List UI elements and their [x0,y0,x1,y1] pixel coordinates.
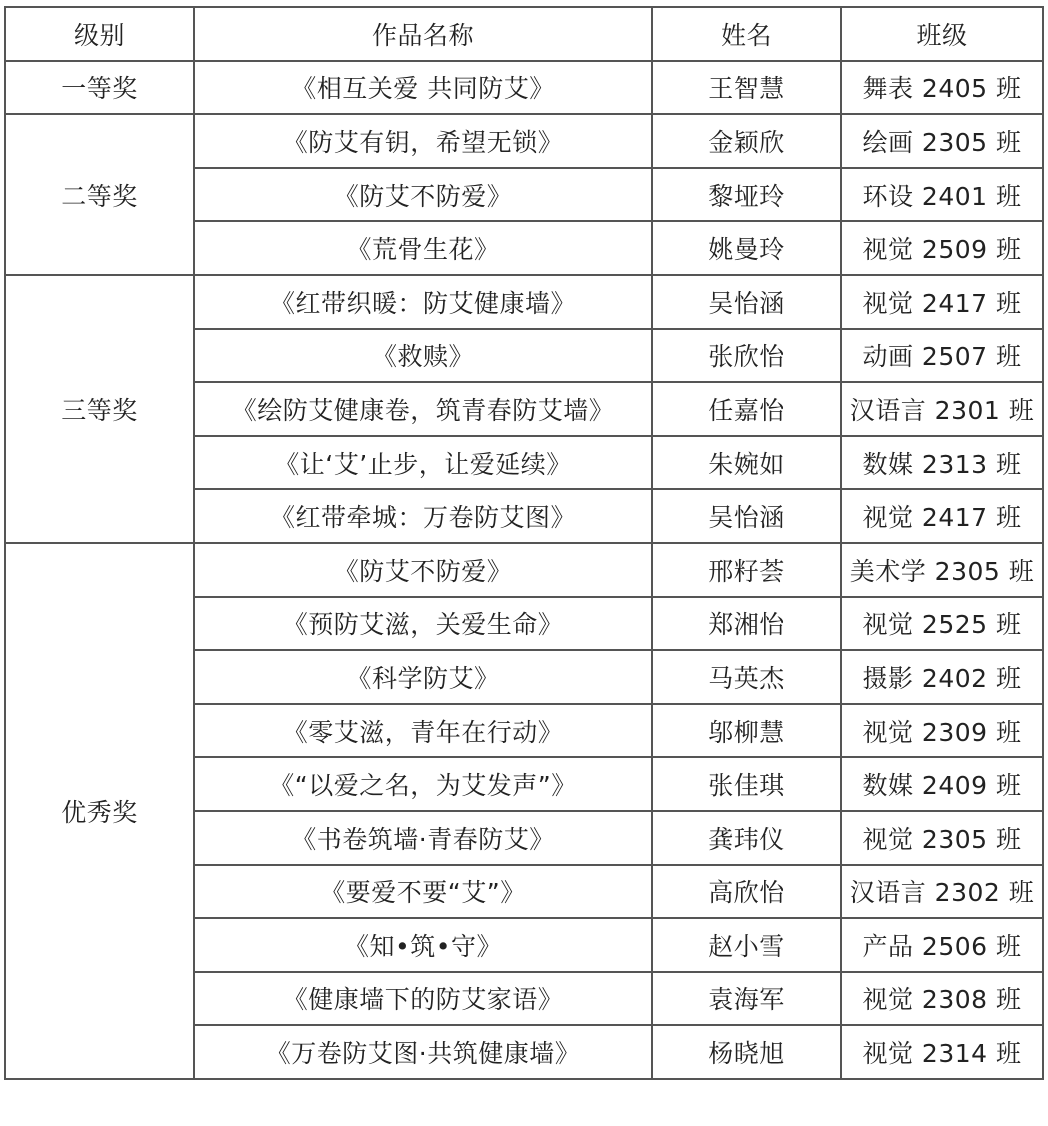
class-name: 视觉 2417 班 [841,489,1043,543]
student-name: 袁海军 [652,972,841,1026]
student-name: 朱婉如 [652,436,841,490]
header-row: 级别 作品名称 姓名 班级 [5,7,1043,61]
work-title: 《防艾不防爱》 [194,168,652,222]
class-name: 视觉 2308 班 [841,972,1043,1026]
header-level: 级别 [5,7,194,61]
award-level-second: 二等奖 [5,114,194,275]
class-name: 视觉 2525 班 [841,597,1043,651]
class-name: 绘画 2305 班 [841,114,1043,168]
table-row: 三等奖 《红带织暖：防艾健康墙》 吴怡涵 视觉 2417 班 [5,275,1043,329]
award-level-excellence: 优秀奖 [5,543,194,1079]
work-title: 《书卷筑墙·青春防艾》 [194,811,652,865]
student-name: 赵小雪 [652,918,841,972]
work-title: 《“以爱之名，为艾发声”》 [194,757,652,811]
class-name: 视觉 2314 班 [841,1025,1043,1079]
header-class: 班级 [841,7,1043,61]
student-name: 张欣怡 [652,329,841,383]
student-name: 任嘉怡 [652,382,841,436]
work-title: 《红带织暖：防艾健康墙》 [194,275,652,329]
student-name: 高欣怡 [652,865,841,919]
student-name: 杨晓旭 [652,1025,841,1079]
work-title: 《荒骨生花》 [194,221,652,275]
student-name: 龚玮仪 [652,811,841,865]
student-name: 吴怡涵 [652,489,841,543]
student-name: 张佳琪 [652,757,841,811]
student-name: 王智慧 [652,61,841,115]
work-title: 《防艾不防爱》 [194,543,652,597]
student-name: 邬柳慧 [652,704,841,758]
header-name: 姓名 [652,7,841,61]
work-title: 《防艾有钥，希望无锁》 [194,114,652,168]
student-name: 吴怡涵 [652,275,841,329]
award-level-first: 一等奖 [5,61,194,115]
award-level-third: 三等奖 [5,275,194,543]
work-title: 《健康墙下的防艾家语》 [194,972,652,1026]
table-row: 二等奖 《防艾有钥，希望无锁》 金颖欣 绘画 2305 班 [5,114,1043,168]
work-title: 《让‘艾’止步，让爱延续》 [194,436,652,490]
table-row: 优秀奖 《防艾不防爱》 邢籽荟 美术学 2305 班 [5,543,1043,597]
student-name: 金颖欣 [652,114,841,168]
class-name: 动画 2507 班 [841,329,1043,383]
work-title: 《要爱不要“艾”》 [194,865,652,919]
class-name: 数媒 2313 班 [841,436,1043,490]
work-title: 《绘防艾健康卷，筑青春防艾墙》 [194,382,652,436]
work-title: 《知•筑•守》 [194,918,652,972]
work-title: 《救赎》 [194,329,652,383]
class-name: 产品 2506 班 [841,918,1043,972]
work-title: 《相互关爱 共同防艾》 [194,61,652,115]
student-name: 姚曼玲 [652,221,841,275]
class-name: 美术学 2305 班 [841,543,1043,597]
class-name: 汉语言 2301 班 [841,382,1043,436]
student-name: 马英杰 [652,650,841,704]
class-name: 视觉 2305 班 [841,811,1043,865]
class-name: 摄影 2402 班 [841,650,1043,704]
class-name: 视觉 2417 班 [841,275,1043,329]
student-name: 郑湘怡 [652,597,841,651]
work-title: 《预防艾滋，关爱生命》 [194,597,652,651]
class-name: 视觉 2309 班 [841,704,1043,758]
table-row: 一等奖 《相互关爱 共同防艾》 王智慧 舞表 2405 班 [5,61,1043,115]
work-title: 《零艾滋，青年在行动》 [194,704,652,758]
student-name: 黎垭玲 [652,168,841,222]
class-name: 舞表 2405 班 [841,61,1043,115]
class-name: 数媒 2409 班 [841,757,1043,811]
class-name: 视觉 2509 班 [841,221,1043,275]
header-title: 作品名称 [194,7,652,61]
awards-table: 级别 作品名称 姓名 班级 一等奖 《相互关爱 共同防艾》 王智慧 舞表 240… [4,6,1044,1080]
class-name: 环设 2401 班 [841,168,1043,222]
work-title: 《红带牵城：万卷防艾图》 [194,489,652,543]
work-title: 《科学防艾》 [194,650,652,704]
work-title: 《万卷防艾图·共筑健康墙》 [194,1025,652,1079]
class-name: 汉语言 2302 班 [841,865,1043,919]
student-name: 邢籽荟 [652,543,841,597]
